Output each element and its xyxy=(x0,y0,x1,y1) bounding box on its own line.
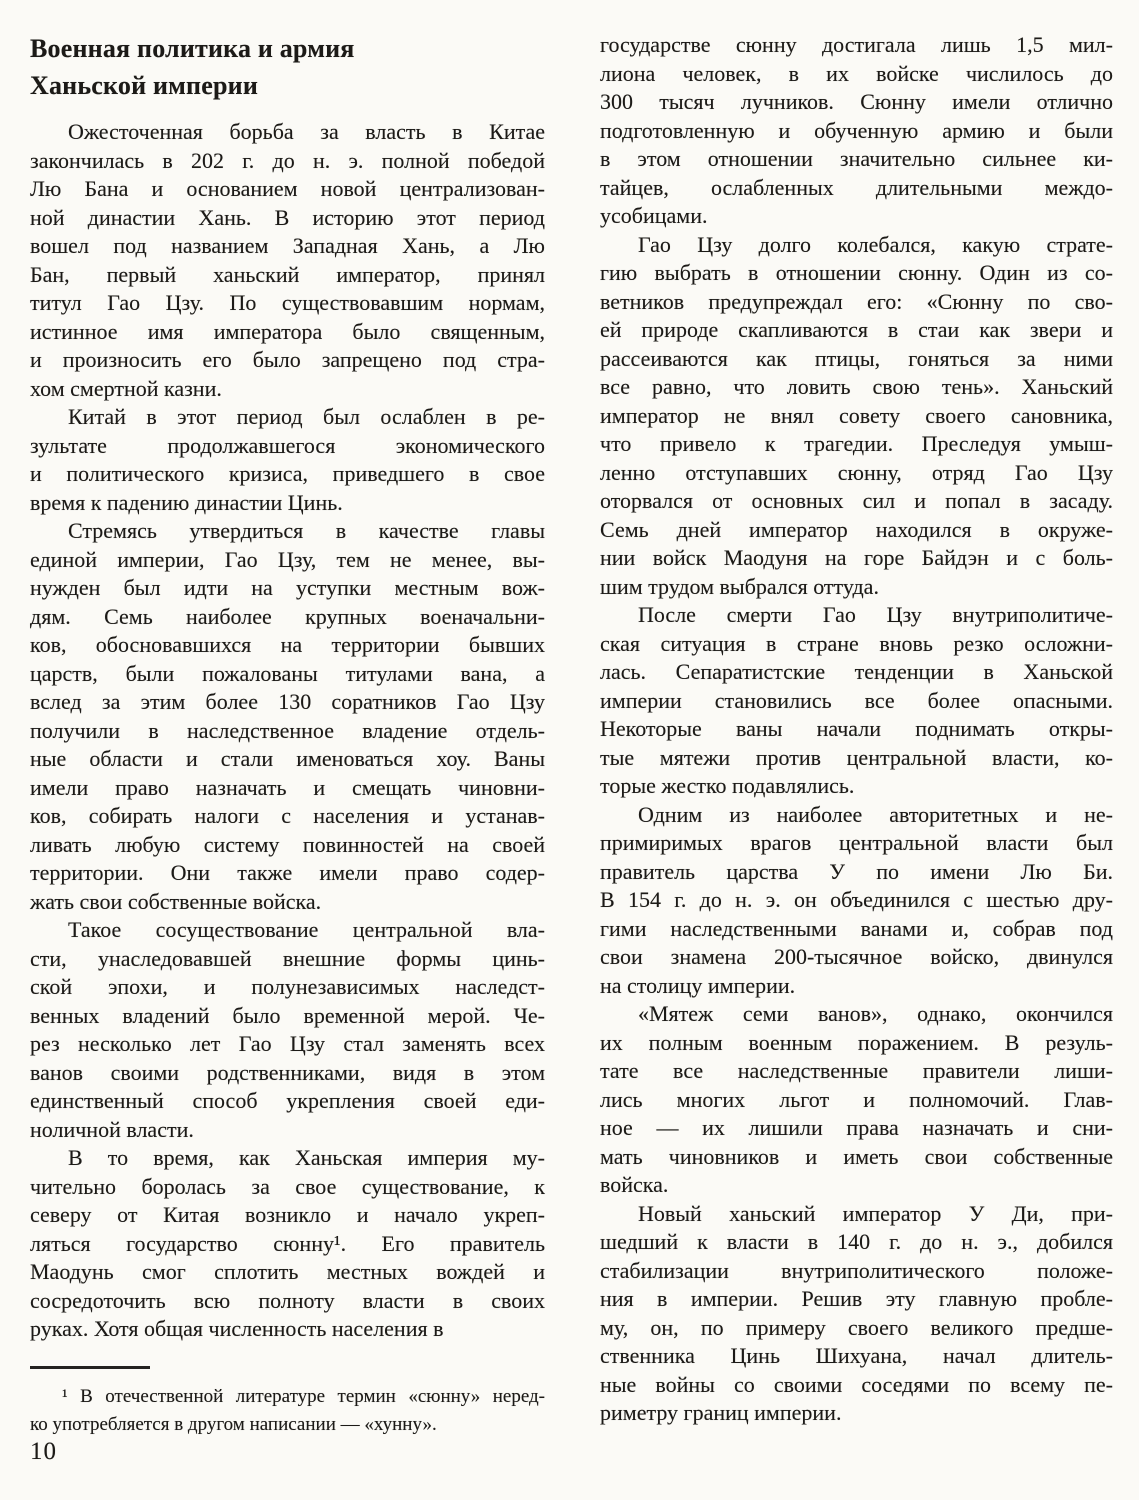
text-line: единственный способ укрепления своей еди… xyxy=(30,1087,545,1116)
text-line: империи становились все более опасными. xyxy=(600,687,1113,716)
text-line: титул Гао Цзу. По существовавшим нормам, xyxy=(30,289,545,318)
paragraph: Такое сосуществование центральной вла-ст… xyxy=(30,916,545,1144)
text-line: свои знамена 200-тысячное войско, двинул… xyxy=(600,943,1113,972)
paragraph: Стремясь утвердиться в качестве главыеди… xyxy=(30,517,545,916)
paragraph: Гао Цзу долго колебался, какую страте-ги… xyxy=(600,231,1113,602)
footnote-separator-rule xyxy=(30,1366,150,1369)
left-column-text: Ожесточенная борьба за власть в Китаезак… xyxy=(30,118,545,1344)
section-heading: Военная политика и армия Ханьской импери… xyxy=(30,30,545,104)
text-line: тые мятежи против центральной власти, ко… xyxy=(600,744,1113,773)
text-line: ственника Цинь Шихуана, начал длитель- xyxy=(600,1342,1113,1371)
text-line: стабилизации внутриполитического положе- xyxy=(600,1257,1113,1286)
text-line: гими наследственными ванами и, собрав по… xyxy=(600,915,1113,944)
text-line: руках. Хотя общая численность населения … xyxy=(30,1315,545,1344)
text-line: ной династии Хань. В историю этот период xyxy=(30,204,545,233)
text-line: ленно отступавших сюнну, отряд Гао Цзу xyxy=(600,459,1113,488)
text-line: примиримых врагов центральной власти был xyxy=(600,829,1113,858)
text-line: шедший к власти в 140 г. до н. э., добил… xyxy=(600,1228,1113,1257)
paragraph: государстве сюнну достигала лишь 1,5 мил… xyxy=(600,31,1113,231)
text-line: ков, собирать налоги с населения и устан… xyxy=(30,802,545,831)
text-line: ков, обосновавшихся на территории бывших xyxy=(30,631,545,660)
text-line: ные области и стали именоваться хоу. Ван… xyxy=(30,745,545,774)
text-line: оторвался от основных сил и попал в заса… xyxy=(600,487,1113,516)
text-line: ное — их лишили права назначать и сни- xyxy=(600,1114,1113,1143)
text-line: их полным военным поражением. В резуль- xyxy=(600,1029,1113,1058)
text-line: и политического кризиса, приведшего в св… xyxy=(30,460,545,489)
text-line: дям. Семь наиболее крупных военачальни- xyxy=(30,603,545,632)
text-line: Некоторые ваны начали поднимать откры- xyxy=(600,715,1113,744)
heading-line-1: Военная политика и армия xyxy=(30,30,545,67)
text-line: лись многих льгот и полномочий. Глав- xyxy=(600,1086,1113,1115)
paragraph: Китай в этот период был ослаблен в ре-зу… xyxy=(30,403,545,517)
text-line: ко употребляется в другом написании — «х… xyxy=(30,1411,545,1439)
text-line: царств, были пожалованы титулами вана, а xyxy=(30,660,545,689)
text-line: Такое сосуществование центральной вла- xyxy=(30,916,545,945)
text-line: тайцев, ослабленных длительными междо- xyxy=(600,174,1113,203)
text-line: и произносить его было запрещено под стр… xyxy=(30,346,545,375)
text-line: Стремясь утвердиться в качестве главы xyxy=(30,517,545,546)
text-line: чительно боролась за свое существование,… xyxy=(30,1173,545,1202)
text-line: зультате продолжавшегося экономического xyxy=(30,432,545,461)
footnote-text: ¹ В отечественной литературе термин «сюн… xyxy=(30,1383,545,1438)
text-line: в этом отношении значительно сильнее ки- xyxy=(600,145,1113,174)
right-column-text: государстве сюнну достигала лишь 1,5 мил… xyxy=(600,31,1113,1428)
text-line: торые жестко подавлялись. xyxy=(600,772,1113,801)
text-line: правитель царства У по имени Лю Би. xyxy=(600,858,1113,887)
paragraph: После смерти Гао Цзу внутриполитиче-ская… xyxy=(600,601,1113,801)
text-line: Гао Цзу долго колебался, какую страте- xyxy=(600,231,1113,260)
text-line: усобицами. xyxy=(600,202,1113,231)
text-line: риметру границ империи. xyxy=(600,1399,1113,1428)
text-line: тате все наследственные правители лиши- xyxy=(600,1057,1113,1086)
text-line: Новый ханьский император У Ди, при- xyxy=(600,1200,1113,1229)
text-line: время к падению династии Цинь. xyxy=(30,489,545,518)
text-line: ния в империи. Решив эту главную пробле- xyxy=(600,1285,1113,1314)
text-line: «Мятеж семи ванов», однако, окончился xyxy=(600,1000,1113,1029)
text-line: венных владений было временной мерой. Че… xyxy=(30,1002,545,1031)
text-line: Китай в этот период был ослаблен в ре- xyxy=(30,403,545,432)
text-line: нии войск Маодуня на горе Байдэн и с бол… xyxy=(600,544,1113,573)
text-line: северу от Китая возникло и начало укреп- xyxy=(30,1201,545,1230)
text-line: рассеиваются как птицы, гоняться за ними xyxy=(600,345,1113,374)
paragraph: Новый ханьский император У Ди, при-шедши… xyxy=(600,1200,1113,1428)
text-line: сти, унаследовавшей внешние формы цинь- xyxy=(30,945,545,974)
text-line: единой империи, Гао Цзу, тем не менее, в… xyxy=(30,546,545,575)
text-line: рез несколько лет Гао Цзу стал заменять … xyxy=(30,1030,545,1059)
text-line: ей природе скапливаются в стаи как звери… xyxy=(600,316,1113,345)
text-line: Бан, первый ханьский император, принял xyxy=(30,261,545,290)
text-line: все равно, что ловить свою тень». Ханьск… xyxy=(600,373,1113,402)
text-line: закончилась в 202 г. до н. э. полной поб… xyxy=(30,147,545,176)
text-line: сосредоточить всю полноту власти в своих xyxy=(30,1287,545,1316)
text-line: император не внял совету своего сановник… xyxy=(600,402,1113,431)
paragraph: Одним из наиболее авторитетных и не-прим… xyxy=(600,801,1113,1001)
text-line: хом смертной казни. xyxy=(30,375,545,404)
text-line: войска. xyxy=(600,1171,1113,1200)
text-line: Лю Бана и основанием новой централизован… xyxy=(30,175,545,204)
text-line: ¹ В отечественной литературе термин «сюн… xyxy=(30,1383,545,1411)
text-line: му, он, по примеру своего великого предш… xyxy=(600,1314,1113,1343)
text-line: лась. Сепаратистские тенденции в Ханьско… xyxy=(600,658,1113,687)
text-line: ляться государство сюнну¹. Его правитель xyxy=(30,1230,545,1259)
text-line: гию выбрать в отношении сюнну. Один из с… xyxy=(600,259,1113,288)
text-line: получили в наследственное владение отдел… xyxy=(30,717,545,746)
text-line: истинное имя императора было священным, xyxy=(30,318,545,347)
book-page: Военная политика и армия Ханьской импери… xyxy=(0,0,1139,1500)
text-line: ливать любую систему повинностей на свое… xyxy=(30,831,545,860)
text-line: лиона человек, в их войске числилось до xyxy=(600,60,1113,89)
text-line: ные войны со своими соседями по всему пе… xyxy=(600,1371,1113,1400)
text-line: шим трудом выбрался оттуда. xyxy=(600,573,1113,602)
text-line: ноличной власти. xyxy=(30,1116,545,1145)
text-line: мать чиновников и иметь свои собственные xyxy=(600,1143,1113,1172)
text-line: что привело к трагедии. Преследуя умыш- xyxy=(600,430,1113,459)
text-line: Ожесточенная борьба за власть в Китае xyxy=(30,118,545,147)
paragraph: «Мятеж семи ванов», однако, окончилсяих … xyxy=(600,1000,1113,1200)
text-line: нужден был идти на уступки местным вож- xyxy=(30,574,545,603)
footnote: ¹ В отечественной литературе термин «сюн… xyxy=(30,1366,545,1438)
text-line: государстве сюнну достигала лишь 1,5 мил… xyxy=(600,31,1113,60)
text-line: 300 тысяч лучников. Сюнну имели отлично xyxy=(600,88,1113,117)
text-line: имели право назначать и смещать чиновни- xyxy=(30,774,545,803)
text-line: ская ситуация в стране вновь резко ослож… xyxy=(600,630,1113,659)
text-line: вслед за этим более 130 соратников Гао Ц… xyxy=(30,688,545,717)
text-line: Одним из наиболее авторитетных и не- xyxy=(600,801,1113,830)
paragraph: ¹ В отечественной литературе термин «сюн… xyxy=(30,1383,545,1438)
text-line: ванов своими родственниками, видя в этом xyxy=(30,1059,545,1088)
text-line: подготовленную и обученную армию и были xyxy=(600,117,1113,146)
paragraph: Ожесточенная борьба за власть в Китаезак… xyxy=(30,118,545,403)
text-line: жать свои собственные войска. xyxy=(30,888,545,917)
text-line: на столицу империи. xyxy=(600,972,1113,1001)
text-line: ской эпохи, и полунезависимых наследст- xyxy=(30,973,545,1002)
text-line: территории. Они также имели право содер- xyxy=(30,859,545,888)
text-line: вошел под названием Западная Хань, а Лю xyxy=(30,232,545,261)
text-line: Семь дней император находился в окруже- xyxy=(600,516,1113,545)
text-line: Маодунь смог сплотить местных вождей и xyxy=(30,1258,545,1287)
page-number: 10 xyxy=(30,1438,57,1466)
heading-line-2: Ханьской империи xyxy=(30,67,545,104)
text-line: После смерти Гао Цзу внутриполитиче- xyxy=(600,601,1113,630)
paragraph: В то время, как Ханьская империя му-чите… xyxy=(30,1144,545,1344)
text-line: В 154 г. до н. э. он объединился с шесть… xyxy=(600,886,1113,915)
text-line: В то время, как Ханьская империя му- xyxy=(30,1144,545,1173)
text-line: ветников предупреждал его: «Сюнну по сво… xyxy=(600,288,1113,317)
